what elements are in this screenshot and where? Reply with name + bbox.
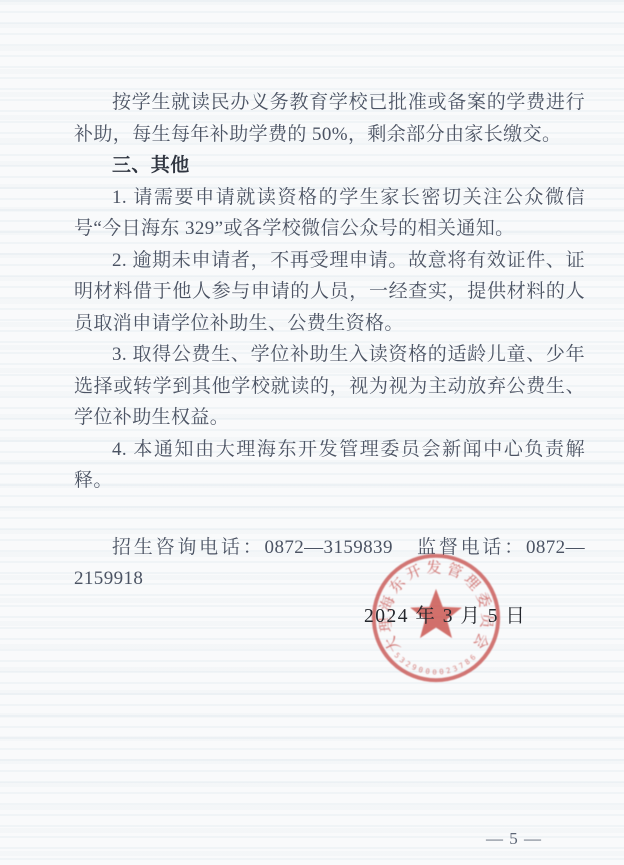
section-heading-other: 三、其他 [74, 150, 585, 182]
document-body: 按学生就读民办义务教育学校已批准或备案的学费进行补助，每生每年补助学费的 50%… [74, 87, 585, 595]
scanned-notice-page: 按学生就读民办义务教育学校已批准或备案的学费进行补助，每生每年补助学费的 50%… [0, 0, 624, 865]
issue-date: 2024 年 3 月 5 日 [364, 604, 526, 630]
notice-item-3: 3. 取得公费生、学位补助生入读资格的适龄儿童、少年选择或转学到其他学校就读的，… [74, 339, 585, 434]
contact-phone-line: 招生咨询电话：0872—3159839 监督电话：0872—2159918 [74, 532, 585, 595]
notice-item-1: 1. 请需要申请就读资格的学生家长密切关注公众微信号“今日海东 329”或各学校… [74, 182, 585, 245]
page-number: — 5 — [486, 829, 542, 849]
paragraph-subsidy: 按学生就读民办义务教育学校已批准或备案的学费进行补助，每生每年补助学费的 50%… [74, 87, 585, 150]
notice-item-2: 2. 逾期未申请者，不再受理申请。故意将有效证件、证明材料借于他人参与申请的人员… [74, 245, 585, 340]
notice-item-4: 4. 本通知由大理海东开发管理委员会新闻中心负责解释。 [74, 434, 585, 497]
